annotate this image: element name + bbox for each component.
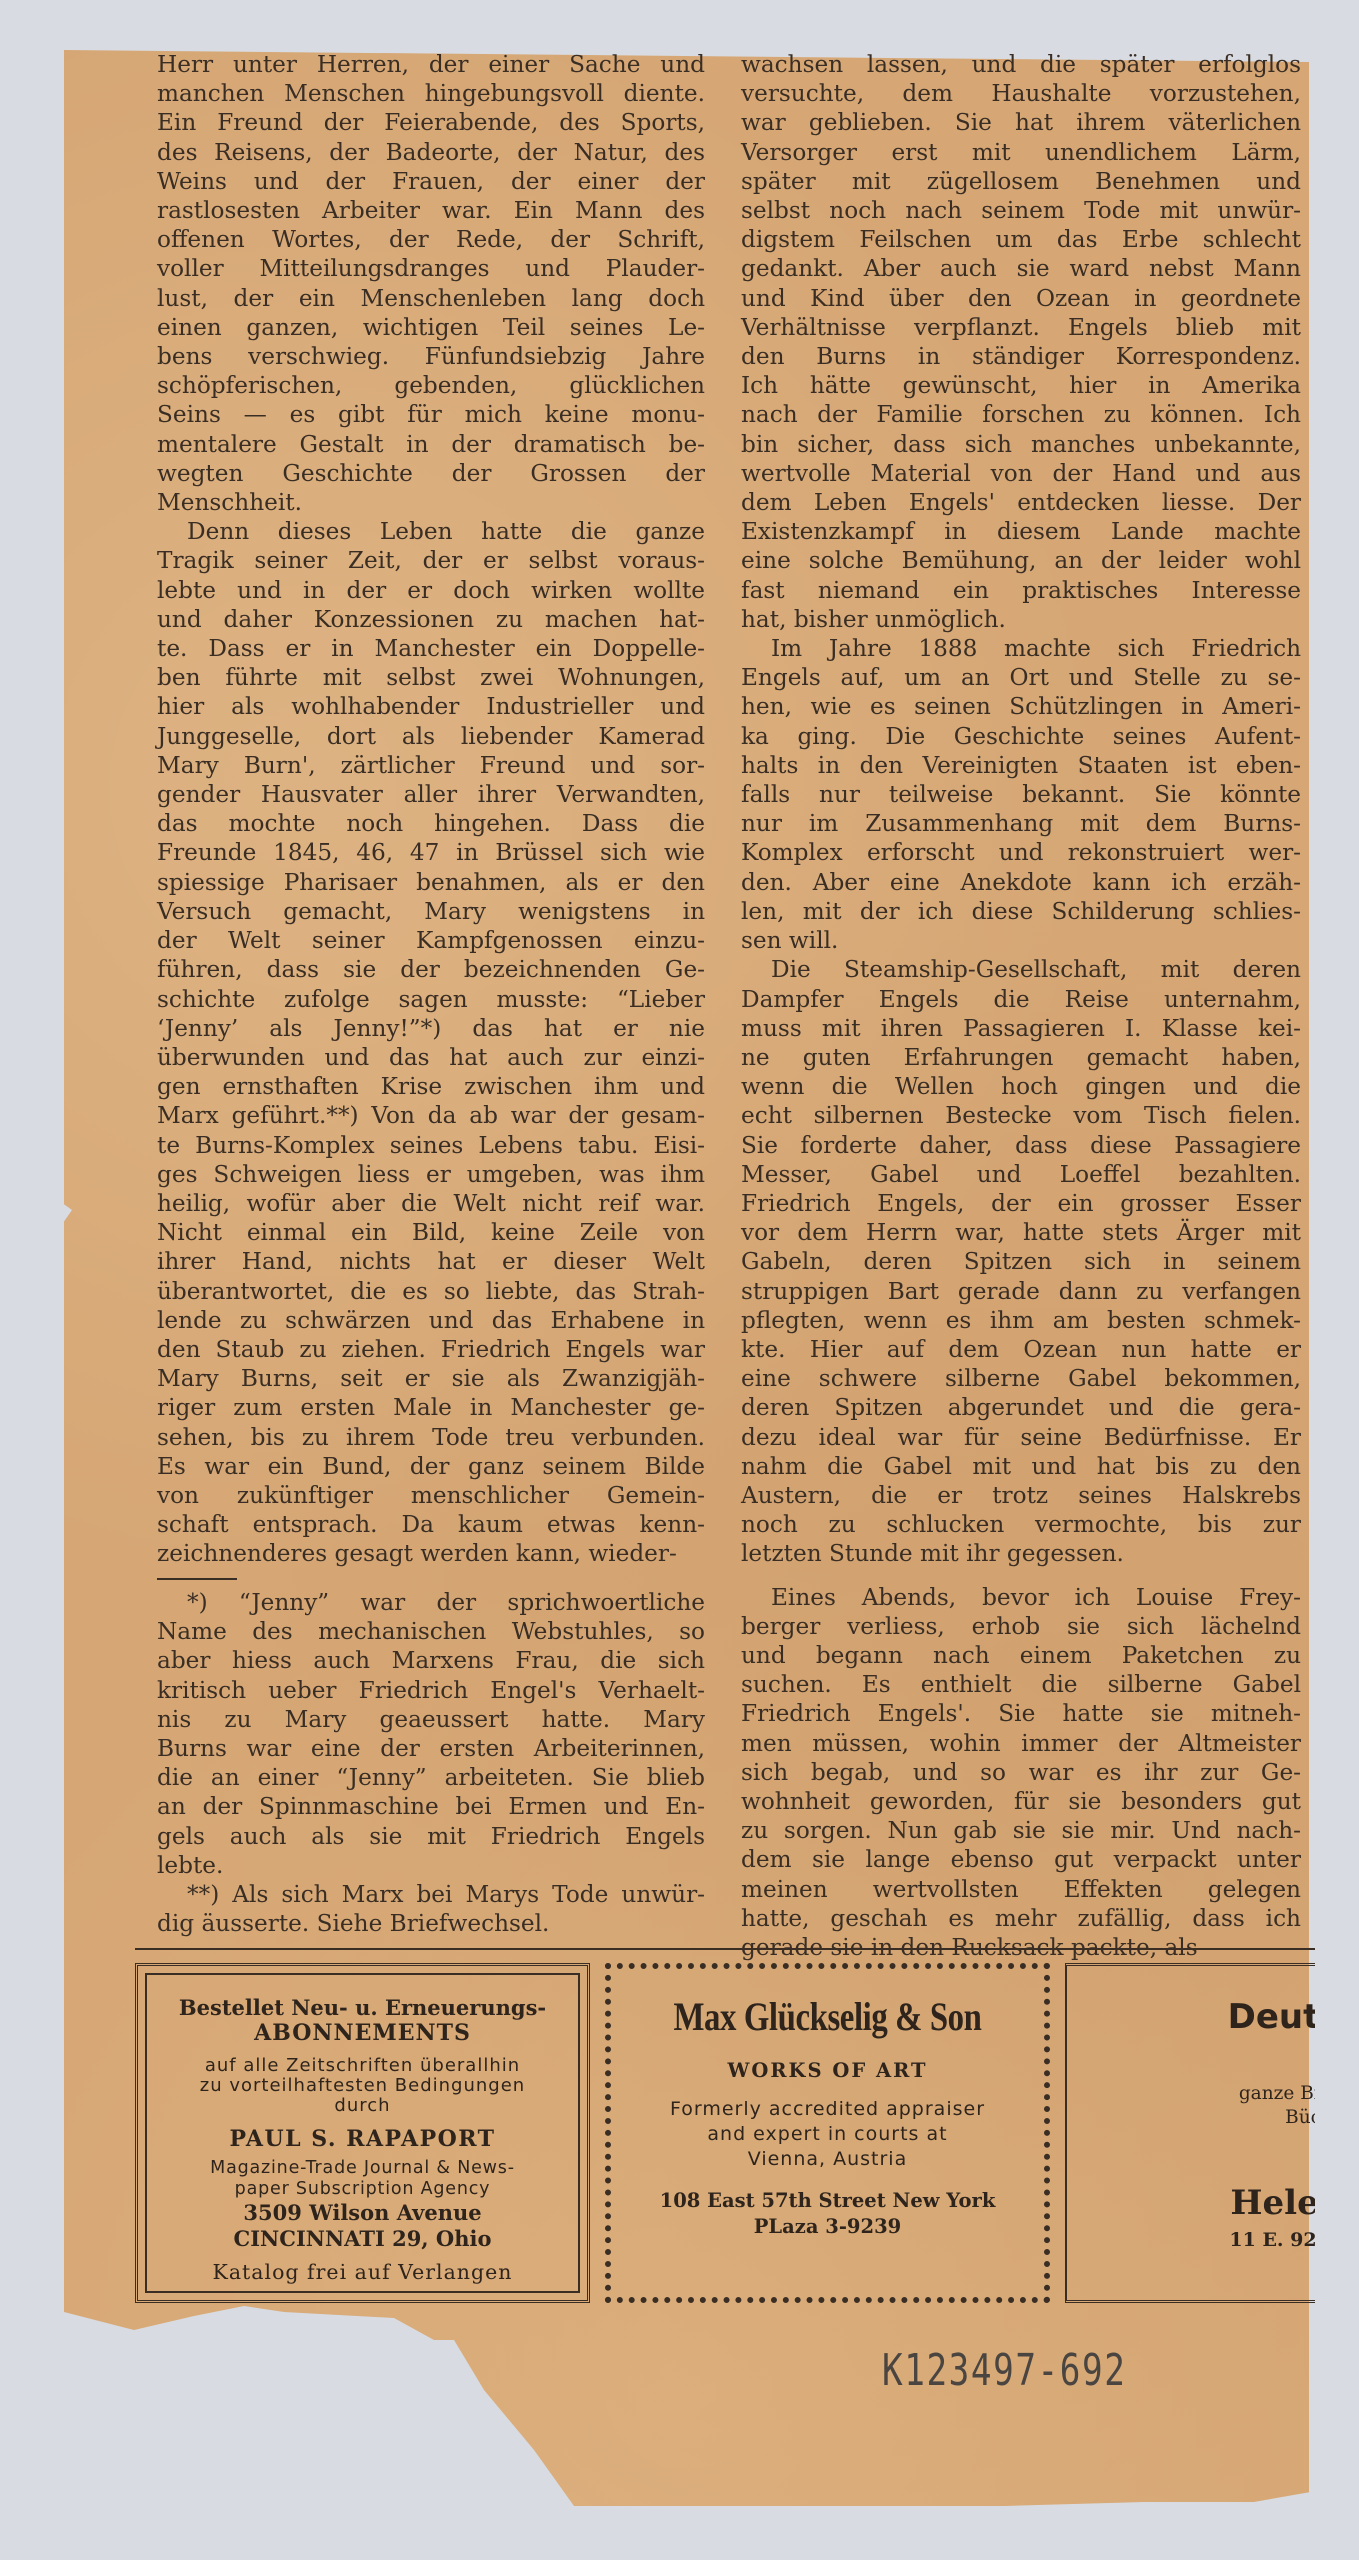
- text-line: wertvolle Material von der Hand und aus: [741, 459, 1301, 488]
- text-line: Engels auf, um an Ort und Stelle zu se-: [741, 663, 1301, 692]
- text-line: Ein Freund der Feierabende, des Sports,: [157, 108, 705, 137]
- ad-text: auf alle Zeitschriften überallhin: [162, 2056, 563, 2076]
- text-line: Messer, Gabel und Loeffel bezahlten.: [741, 1160, 1301, 1189]
- text-line: deren Spitzen abgerundet und die gera-: [741, 1393, 1301, 1422]
- text-line: bin sicher, dass sich manches unbekannte…: [741, 430, 1301, 459]
- text-line: nahm die Gabel mit und hat bis zu den: [741, 1452, 1301, 1481]
- text-line: dezu ideal war für seine Bedürfnisse. Er: [741, 1423, 1301, 1452]
- text-line: ‘Jenny’ als Jenny!”*) das hat er nie: [157, 1014, 705, 1043]
- text-line: führen, dass sie der bezeichnenden Ge-: [157, 955, 705, 984]
- text-line: Weins und der Frauen, der einer der: [157, 167, 705, 196]
- text-line: zu sorgen. Nun gab sie sie mir. Und nach…: [741, 1816, 1301, 1845]
- text-line: dem sie lange ebenso gut verpackt unter: [741, 1845, 1301, 1874]
- text-line: schaft entsprach. Da kaum etwas kenn-: [157, 1510, 705, 1539]
- text-line: den Staub zu ziehen. Friedrich Engels wa…: [157, 1335, 705, 1364]
- text-line: versuchte, dem Haushalte vorzustehen,: [741, 79, 1301, 108]
- text-line: Es war ein Bund, der ganz seinem Bilde: [157, 1452, 705, 1481]
- text-line: aber hiess auch Marxens Frau, die sich: [157, 1646, 705, 1675]
- text-line: war geblieben. Sie hat ihrem väterlichen: [741, 108, 1301, 137]
- text-line: lende zu schwärzen und das Erhabene in: [157, 1306, 705, 1335]
- text-line: letzten Stunde mit ihr gegessen.: [741, 1539, 1301, 1568]
- handwritten-catalog-number: K123497-692: [882, 2345, 1126, 2396]
- text-line: Tragik seiner Zeit, der er selbst voraus…: [157, 546, 705, 575]
- text-line: gels auch als sie mit Friedrich Engels: [157, 1822, 705, 1851]
- text-line: Marx geführt.**) Von da ab war der gesam…: [157, 1101, 705, 1130]
- text-line: meinen wertvollsten Effekten gelegen: [741, 1875, 1301, 1904]
- ad-phone: AT 9: [1087, 2252, 1315, 2276]
- text-line: Eines Abends, bevor ich Louise Frey-: [741, 1583, 1301, 1612]
- text-line: Mary Burn', zärtlicher Freund und sor-: [157, 751, 705, 780]
- ad-city: CINCINNATI 29, Ohio: [162, 2226, 563, 2252]
- text-line: echt silbernen Bestecke vom Tisch fielen…: [741, 1101, 1301, 1130]
- ad-agency-line: paper Subscription Agency: [162, 2179, 563, 2200]
- text-line: des Reisens, der Badeorte, der Natur, de…: [157, 138, 705, 167]
- ad-text: aus allen: [1087, 2058, 1315, 2082]
- article-right-column: wachsen lassen, und die später erfolglos…: [741, 50, 1301, 1962]
- text-line: einen ganzen, wichtigen Teil seines Le-: [157, 313, 705, 342]
- text-line: Existenzkampf in diesem Lande machte: [741, 517, 1301, 546]
- ad-title: Deutsche: [1087, 1996, 1315, 2038]
- ad-text: zu vorteilhaftesten Bedingungen: [162, 2076, 563, 2096]
- text-line: pflegten, wenn es ihm am besten schmek-: [741, 1306, 1301, 1335]
- text-line: die an einer “Jenny” arbeiteten. Sie bli…: [157, 1763, 705, 1792]
- text-line: wohnheit geworden, für sie besonders gut: [741, 1787, 1301, 1816]
- text-line: sich begab, und so war es ihr zur Ge-: [741, 1758, 1301, 1787]
- ad-headline: Bestellet Neu- u. Erneuerungs-: [162, 1996, 563, 2020]
- text-line: men müssen, wohin immer der Altmeister: [741, 1729, 1301, 1758]
- text-line: Versuch gemacht, Mary wenigstens in: [157, 897, 705, 926]
- ad-street: 3509 Wilson Avenue: [162, 2200, 563, 2226]
- text-line: berger verliess, erhob sie sich lächelnd: [741, 1612, 1301, 1641]
- text-line: später mit zügellosem Benehmen und: [741, 167, 1301, 196]
- footnote-divider: [157, 1578, 237, 1580]
- text-line: struppigen Bart gerade dann zu verfangen: [741, 1277, 1301, 1306]
- text-line: hen, wie es seinen Schützlingen in Ameri…: [741, 692, 1301, 721]
- text-line: wachsen lassen, und die später erfolglos: [741, 50, 1301, 79]
- text-line: ne guten Erfahrungen gemacht haben,: [741, 1043, 1301, 1072]
- text-line: ka ging. Die Geschichte seines Aufent-: [741, 722, 1301, 751]
- article-footnotes: *) “Jenny” war der sprichwoertlicheName …: [157, 1588, 705, 1938]
- text-line: von zukünftiger menschlicher Gemein-: [157, 1481, 705, 1510]
- text-line: nach der Familie forschen zu können. Ich: [741, 400, 1301, 429]
- text-line: eine solche Bemühung, an der leider wohl: [741, 546, 1301, 575]
- text-line: nur im Zusammenhang mit dem Burns-: [741, 809, 1301, 838]
- ad-phone: PLaza 3-9239: [627, 2214, 1028, 2240]
- text-line: kte. Hier auf dem Ozean nun hatte er: [741, 1335, 1301, 1364]
- text-line: rastlosesten Arbeiter war. Ein Mann des: [157, 196, 705, 225]
- text-line: muss mit ihren Passagieren I. Klasse kei…: [741, 1014, 1301, 1043]
- ad-headline-abonnements: ABONNEMENTS: [162, 2020, 563, 2046]
- text-line: das mochte noch hingehen. Dass die: [157, 809, 705, 838]
- text-line: und begann nach einem Paketchen zu: [741, 1641, 1301, 1670]
- ad-text: ganze Bibliotheke: [1087, 2082, 1315, 2106]
- text-line: fast niemand ein praktisches Interesse: [741, 576, 1301, 605]
- text-line: Gabeln, deren Spitzen sich in seinem: [741, 1247, 1301, 1276]
- ad-subtitle: WORKS OF ART: [627, 2057, 1028, 2085]
- text-line: überwunden und das hat auch zur einzi-: [157, 1043, 705, 1072]
- text-line: hier als wohlhabender Industrieller und: [157, 692, 705, 721]
- text-line: falls nur teilweise bekannt. Sie könnte: [741, 780, 1301, 809]
- text-line: an der Spinnmaschine bei Ermen und En-: [157, 1792, 705, 1821]
- text-line: spiessige Pharisaer benahmen, als er den: [157, 868, 705, 897]
- ad-rapaport-subscriptions: Bestellet Neu- u. Erneuerungs- ABONNEMEN…: [135, 1963, 590, 2303]
- ad-company-name: PAUL S. RAPAPORT: [162, 2124, 563, 2154]
- text-line: heilig, wofür aber die Welt nicht reif w…: [157, 1189, 705, 1218]
- text-line: **) Als sich Marx bei Marys Tode unwür-: [157, 1880, 705, 1909]
- text-line: voller Mitteilungsdranges und Plauder-: [157, 254, 705, 283]
- text-line: dig äusserte. Siehe Briefwechsel.: [157, 1909, 705, 1938]
- text-line: vor dem Herrn war, hatte stets Ärger mit: [741, 1218, 1301, 1247]
- text-line: gedankt. Aber auch sie ward nebst Mann: [741, 254, 1301, 283]
- text-line: manchen Menschen hingebungsvoll diente.: [157, 79, 705, 108]
- text-line: ihrer Hand, nichts hat er dieser Welt: [157, 1247, 705, 1276]
- text-line: überantwortet, die es so liebte, das Str…: [157, 1277, 705, 1306]
- ad-separator-rule: [135, 1948, 1315, 1950]
- text-line: te. Dass er in Manchester ein Doppelle-: [157, 634, 705, 663]
- text-line: der Welt seiner Kampfgenossen einzu-: [157, 926, 705, 955]
- text-line: bens verschwieg. Fünfundsiebzig Jahre: [157, 342, 705, 371]
- text-line: und daher Konzessionen zu machen hat-: [157, 605, 705, 634]
- text-line: eine schwere silberne Gabel bekommen,: [741, 1364, 1301, 1393]
- ad-description: and expert in courts at: [627, 2122, 1028, 2147]
- ad-footer: Katalog frei auf Verlangen: [162, 2258, 563, 2286]
- text-line: Friedrich Engels, der ein grosser Esser: [741, 1189, 1301, 1218]
- text-line: lust, der ein Menschenleben lang doch: [157, 284, 705, 313]
- text-line: Im Jahre 1888 machte sich Friedrich: [741, 634, 1301, 663]
- text-line: zeichnenderes gesagt werden kann, wieder…: [157, 1539, 705, 1568]
- text-line: Sie forderte daher, dass diese Passagier…: [741, 1131, 1301, 1160]
- text-line: Komplex erforscht und rekonstruiert wer-: [741, 838, 1301, 867]
- text-line: Herr unter Herren, der einer Sache und: [157, 50, 705, 79]
- text-line: nis zu Mary geaeussert hatte. Mary: [157, 1705, 705, 1734]
- text-line: Versorger erst mit unendlichem Lärm,: [741, 138, 1301, 167]
- text-line: halts in den Vereinigten Staaten ist ebe…: [741, 751, 1301, 780]
- text-line: mentalere Gestalt in der dramatisch be-: [157, 430, 705, 459]
- text-line: Seins — es gibt für mich keine monu-: [157, 400, 705, 429]
- ad-deutsche-books: Deutsche aus allen ganze Bibliotheke Büc…: [1065, 1963, 1315, 2303]
- text-line: schöpferischen, gebenden, glücklichen: [157, 371, 705, 400]
- ad-brand: Max Glückselig & Son: [663, 1991, 992, 2043]
- text-line: offenen Wortes, der Rede, der Schrift,: [157, 225, 705, 254]
- text-line: Name des mechanischen Webstuhles, so: [157, 1617, 705, 1646]
- text-line: den. Aber eine Anekdote kann ich erzäh-: [741, 868, 1301, 897]
- text-line: selbst noch nach seinem Tode mit unwür-: [741, 196, 1301, 225]
- text-line: Freunde 1845, 46, 47 in Brüssel sich wie: [157, 838, 705, 867]
- text-line: Burns war eine der ersten Arbeiterinnen,: [157, 1734, 705, 1763]
- text-line: Denn dieses Leben hatte die ganze: [157, 517, 705, 546]
- text-line: schichte zufolge sagen musste: “Lieber: [157, 985, 705, 1014]
- text-line: Dampfer Engels die Reise unternahm,: [741, 985, 1301, 1014]
- text-line: gen ernsthaften Krise zwischen ihm und: [157, 1072, 705, 1101]
- text-line: Menschheit.: [157, 488, 705, 517]
- text-line: ben führte mit selbst zwei Wohnungen,: [157, 663, 705, 692]
- text-line: ges Schweigen liess er umgeben, was ihm: [157, 1160, 705, 1189]
- text-line: Nicht einmal ein Bild, keine Zeile von: [157, 1218, 705, 1247]
- article-left-column: Herr unter Herren, der einer Sache undma…: [157, 50, 705, 1569]
- ad-description: Vienna, Austria: [627, 2147, 1028, 2172]
- ad-address: 108 East 57th Street New York: [627, 2188, 1028, 2214]
- text-line: wegten Geschichte der Grossen der: [157, 459, 705, 488]
- text-line: Friedrich Engels'. Sie hatte sie mitneh-: [741, 1699, 1301, 1728]
- text-line: riger zum ersten Male in Manchester ge-: [157, 1393, 705, 1422]
- ad-description: Formerly accredited appraiser: [627, 2097, 1028, 2122]
- ad-text: durch: [162, 2096, 563, 2116]
- text-line: hatte, geschah es mehr zufällig, dass ic…: [741, 1904, 1301, 1933]
- text-line: sehen, bis zu ihrem Tode treu verbunden.: [157, 1423, 705, 1452]
- ad-agency-line: Magazine-Trade Journal & News-: [162, 2158, 563, 2179]
- ad-text: Höchstp: [1087, 2130, 1315, 2154]
- ad-text: Bücher kauft: [1087, 2106, 1315, 2130]
- text-line: und Kind über den Ozean in geordnete: [741, 284, 1301, 313]
- text-line: lebte und in der er doch wirken wollte: [157, 576, 705, 605]
- text-line: *) “Jenny” war der sprichwoertliche: [157, 1588, 705, 1617]
- text-line: Mary Burns, seit er sie als Zwanzigjäh-: [157, 1364, 705, 1393]
- ad-name: Helen Go: [1087, 2178, 1315, 2228]
- text-line: hat, bisher unmöglich.: [741, 605, 1301, 634]
- text-line: te Burns-Komplex seines Lebens tabu. Eis…: [157, 1131, 705, 1160]
- ad-glueckselig-works-of-art: Max Glückselig & Son WORKS OF ART Former…: [605, 1963, 1050, 2303]
- text-line: Die Steamship-Gesellschaft, mit deren: [741, 955, 1301, 984]
- text-line: Ich hätte gewünscht, hier in Amerika: [741, 371, 1301, 400]
- text-line: wenn die Wellen hoch gingen und die: [741, 1072, 1301, 1101]
- ad-address: 11 E. 92nd Stree: [1087, 2228, 1315, 2252]
- text-line: len, mit der ich diese Schilderung schli…: [741, 897, 1301, 926]
- text-line: den Burns in ständiger Korrespondenz.: [741, 342, 1301, 371]
- text-line: Junggeselle, dort als liebender Kamerad: [157, 722, 705, 751]
- text-line: Austern, die er trotz seines Halskrebs: [741, 1481, 1301, 1510]
- text-line: gender Hausvater aller ihrer Verwandten,: [157, 780, 705, 809]
- text-line: noch zu schlucken vermochte, bis zur: [741, 1510, 1301, 1539]
- text-line: sen will.: [741, 926, 1301, 955]
- text-line: lebte.: [157, 1851, 705, 1880]
- text-line: suchen. Es enthielt die silberne Gabel: [741, 1670, 1301, 1699]
- text-line: kritisch ueber Friedrich Engel's Verhael…: [157, 1676, 705, 1705]
- text-line: digstem Feilschen um das Erbe schlecht: [741, 225, 1301, 254]
- text-line: dem Leben Engels' entdecken liesse. Der: [741, 488, 1301, 517]
- text-line: Verhältnisse verpflanzt. Engels blieb mi…: [741, 313, 1301, 342]
